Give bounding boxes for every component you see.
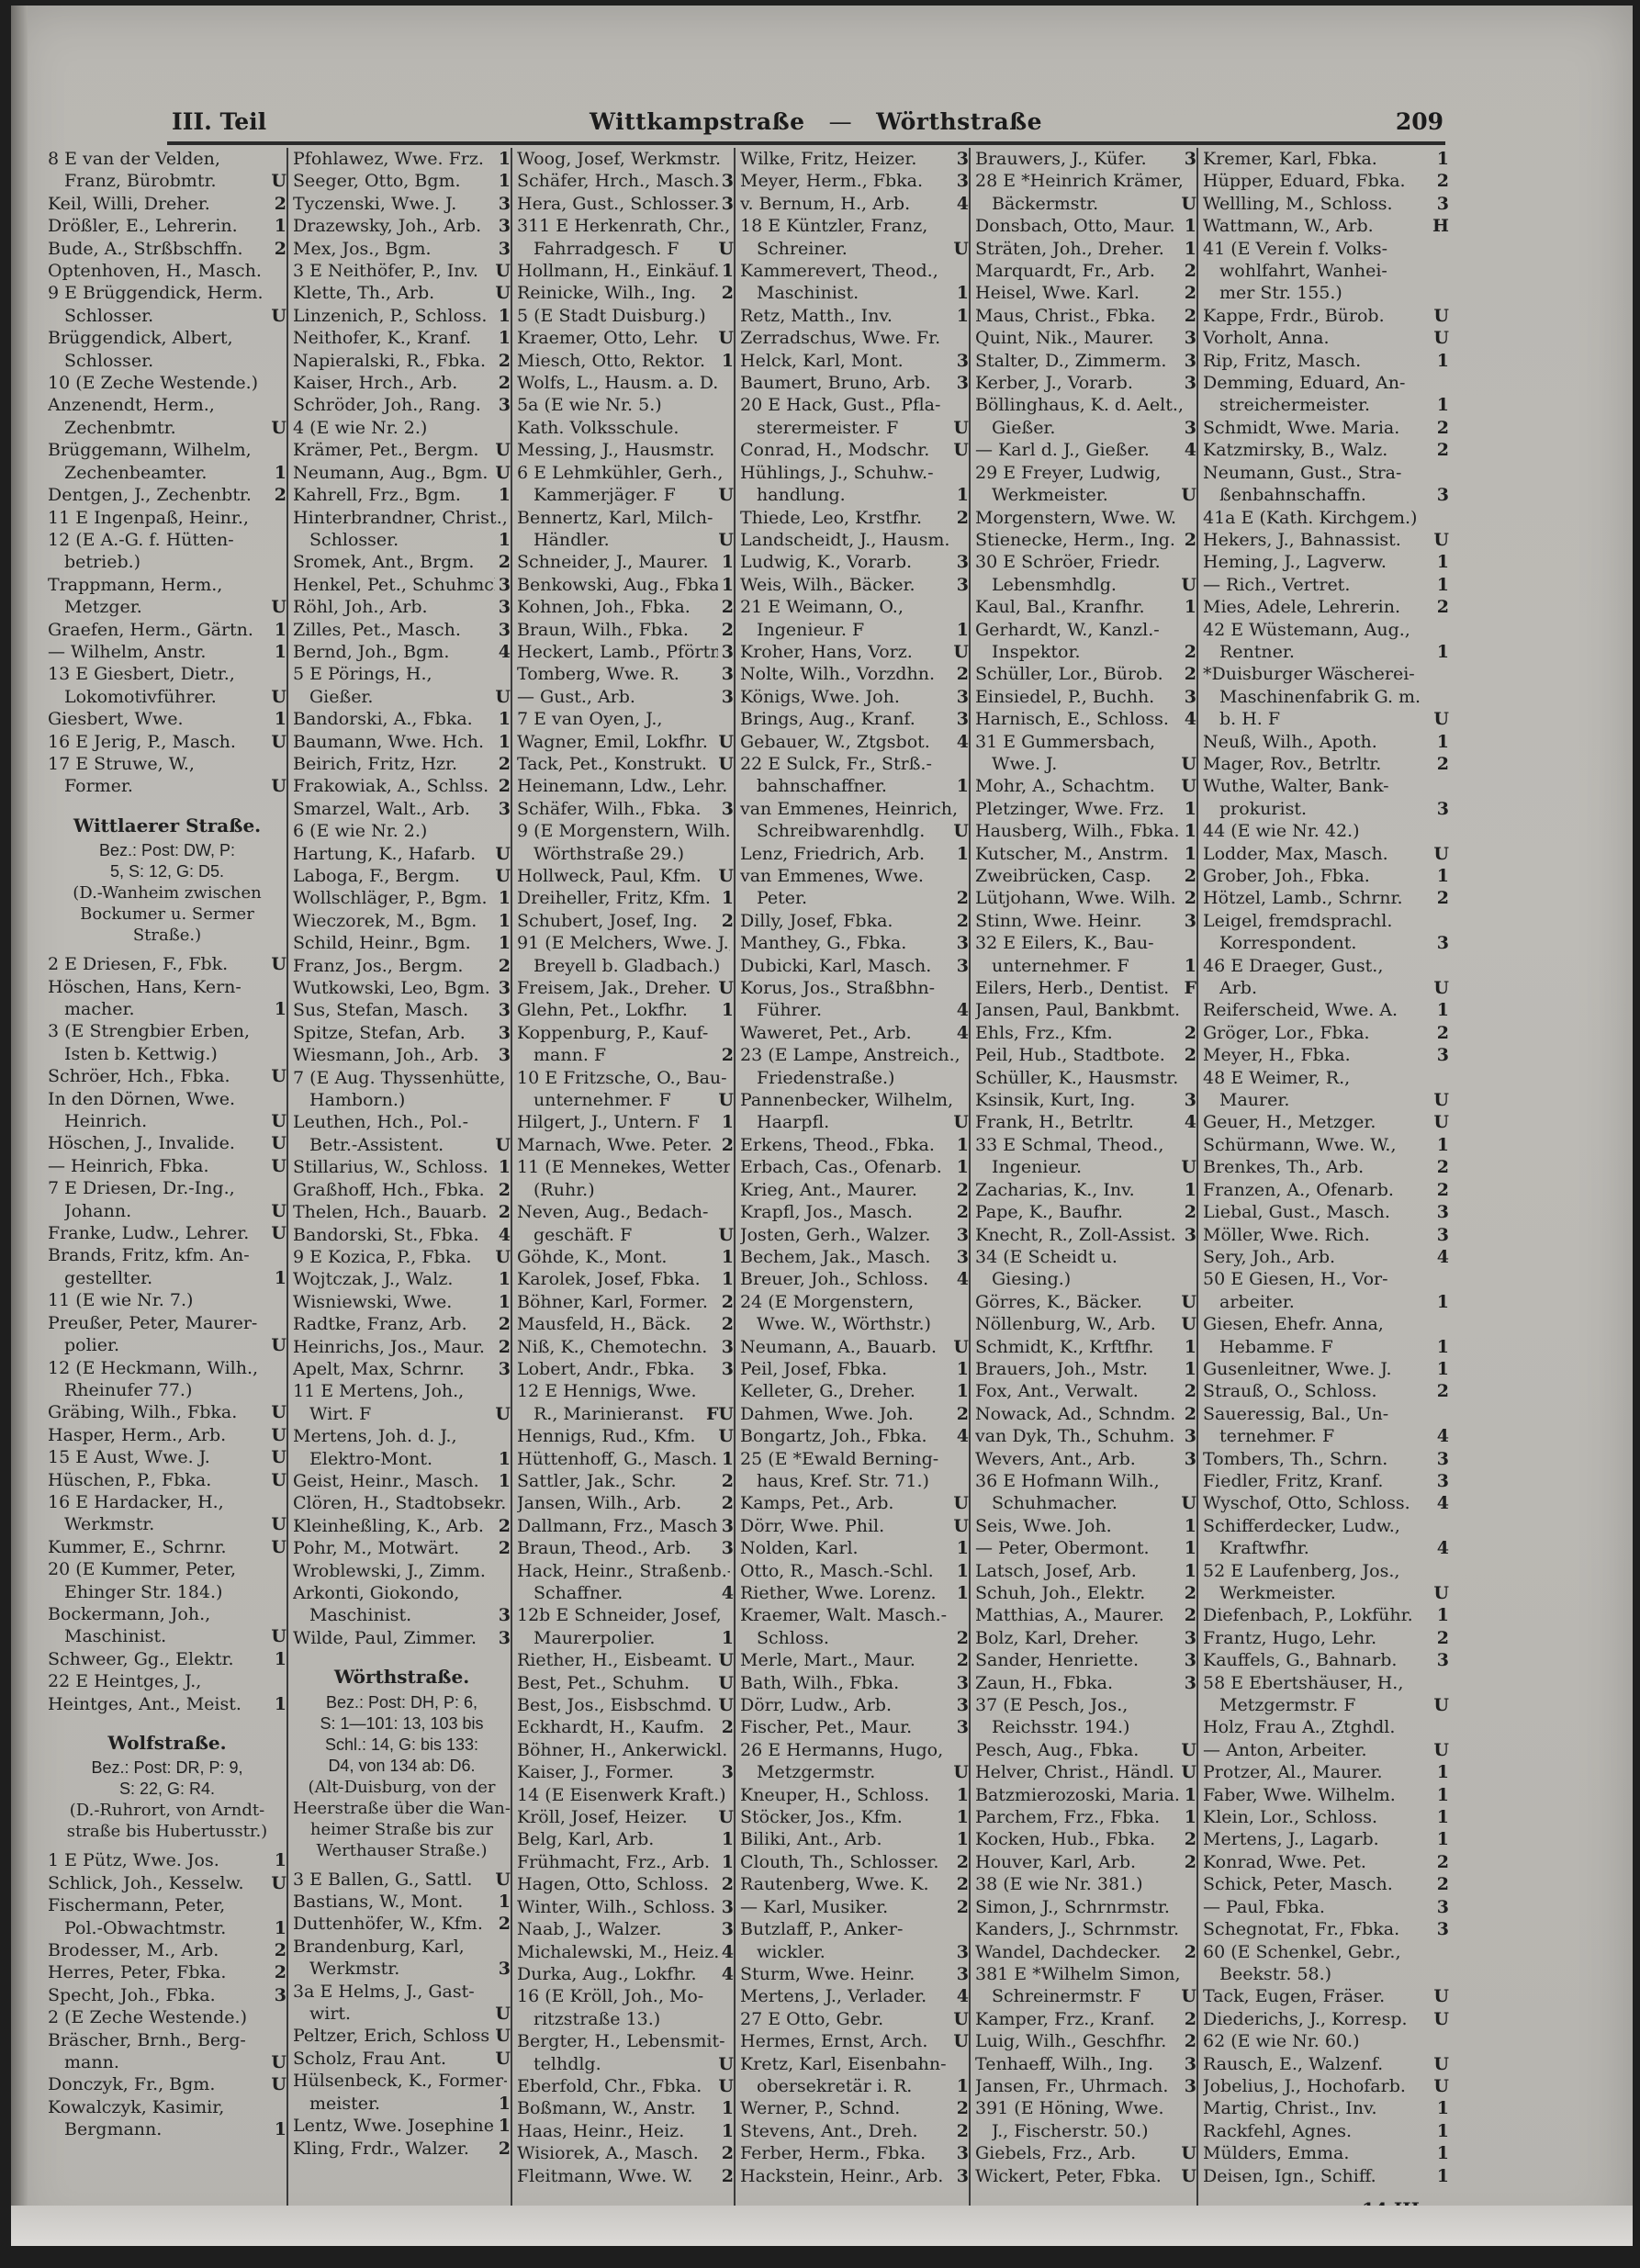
resident-entry: Mertens, J., Lagarb.1 — [1203, 1828, 1449, 1850]
entry-text: Wandel, Dachdecker. — [975, 1941, 1161, 1963]
entry-text: Ingenieur. — [992, 1156, 1082, 1178]
entry-text: gestellter. — [64, 1267, 152, 1289]
entry-continuation: unternehmer. F1 — [975, 955, 1196, 977]
entry-text: unternehmer. F — [992, 955, 1129, 977]
entry-text: Schäfer, Hrch., Masch. — [517, 170, 718, 192]
resident-entry: Gebauer, W., Ztgsbot.4 — [740, 731, 969, 753]
floor-code: 3 — [953, 2142, 969, 2164]
entry-text: Brandenburg, Karl, — [293, 1936, 465, 1958]
resident-entry: Braun, Wilh., Fbka.2 — [517, 619, 734, 641]
resident-entry: Heinemann, Ldw., Lehr. — [517, 775, 734, 797]
resident-entry: Hühlings, J., Schuhw.- — [740, 462, 969, 484]
entry-text: Kaiser, Hrch., Arb. — [293, 372, 457, 394]
floor-code: 3 — [1433, 1224, 1449, 1246]
entry-text: Beekstr. 58.) — [1219, 1963, 1331, 1985]
floor-code: 3 — [1433, 932, 1449, 954]
floor-code: 3 — [1181, 910, 1196, 932]
entry-continuation: wirt.U — [293, 2003, 511, 2025]
floor-code: U — [1177, 484, 1196, 506]
entry-text: 38 (E wie Nr. 381.) — [975, 1873, 1143, 1895]
entry-text: Parchem, Frz., Fbka. — [975, 1806, 1160, 1828]
floor-code: U — [1430, 977, 1449, 999]
entry-text: Knecht, R., Zoll-Assist. — [975, 1224, 1176, 1246]
entry-text: Biliki, Ant., Arb. — [740, 1828, 882, 1850]
entry-text: Freisem, Jak., Dreher. — [517, 977, 711, 999]
floor-code: 3 — [718, 641, 734, 663]
entry-text: Schlosser. — [64, 305, 153, 327]
resident-entry: Thelen, Hch., Bauarb.2 — [293, 1201, 511, 1223]
entry-text: 6 (E wie Nr. 2.) — [293, 820, 427, 842]
floor-code: U — [1177, 1492, 1196, 1514]
entry-continuation: bahnschaffner.1 — [740, 775, 969, 797]
entry-text: Inspektor. — [992, 641, 1081, 663]
entry-text: Lebensmhdlg. — [992, 574, 1117, 596]
entry-text: Korus, Jos., Straßbhn- — [740, 977, 935, 999]
resident-entry: Stalter, D., Zimmerm.3 — [975, 350, 1196, 372]
floor-code: 1 — [271, 1267, 286, 1289]
floor-code — [1445, 2030, 1449, 2052]
entry-text: Metzgermstr. F — [1219, 1694, 1356, 1716]
street-district-info: D4, von 134 ab: D6. — [293, 1756, 511, 1777]
resident-entry: Bath, Wilh., Fbka.3 — [740, 1672, 969, 1694]
floor-code: U — [1430, 1111, 1449, 1133]
street-location-note: Heerstraße über die Wan- — [293, 1798, 511, 1819]
entry-text: 24 (E Morgenstern, — [740, 1291, 914, 1313]
floor-code: 1 — [271, 2118, 286, 2140]
floor-code: 2 — [1181, 1044, 1196, 1066]
entry-continuation: haus, Kref. Str. 71.) — [740, 1470, 969, 1492]
resident-entry: 9 (E Morgenstern, Wilh., — [517, 820, 734, 842]
entry-text: Höschen, Hans, Kern- — [48, 976, 242, 998]
entry-text: 17 E Struwe, W., — [48, 753, 195, 775]
floor-code: 1 — [953, 1537, 969, 1559]
resident-entry: Manthey, G., Fbka.3 — [740, 932, 969, 954]
resident-entry: Batzmierozoski, Maria.1 — [975, 1784, 1196, 1806]
entry-text: Mülders, Emma. — [1203, 2142, 1349, 2164]
entry-text: Winter, Wilh., Schloss. — [517, 1896, 715, 1918]
floor-code: U — [1430, 2008, 1449, 2030]
entry-continuation: Johann.U — [48, 1200, 286, 1222]
floor-code: 4 — [495, 641, 511, 663]
entry-text: Saueressig, Bal., Un- — [1203, 1403, 1388, 1425]
floor-code: 3 — [1181, 1672, 1196, 1694]
entry-continuation: gestellter.1 — [48, 1267, 286, 1289]
entry-text: Simon, J., Schrnrmstr. — [975, 1896, 1170, 1918]
resident-entry: Dreiheller, Fritz, Kfm.1 — [517, 887, 734, 909]
resident-entry: Schröder, Joh., Rang.3 — [293, 394, 511, 416]
entry-text: Höschen, J., Invalide. — [48, 1132, 235, 1154]
resident-entry: 24 (E Morgenstern, — [740, 1291, 969, 1313]
resident-entry: 27 E Otto, Gebr.U — [740, 2008, 969, 2030]
entry-text: Kaiser, J., Former. — [517, 1761, 674, 1783]
resident-entry: 3 E Ballen, G., Sattl.U — [293, 1869, 511, 1891]
resident-entry: Ludwig, K., Vorarb.3 — [740, 551, 969, 573]
entry-text: Dörr, Wwe. Phil. — [740, 1515, 884, 1537]
floor-code: 1 — [495, 2093, 511, 2115]
floor-code: 3 — [718, 1515, 734, 1537]
resident-entry: Anzenendt, Herm., — [48, 394, 286, 416]
entry-text: Karolek, Josef, Fbka. — [517, 1268, 701, 1290]
entry-text: sterermeister. F — [757, 417, 898, 439]
floor-code: 3 — [271, 1984, 286, 2006]
resident-entry: Kroher, Hans, Vorz.U — [740, 641, 969, 663]
floor-code: U — [491, 2048, 511, 2070]
entry-continuation: sterermeister. FU — [740, 417, 969, 439]
entry-text: Nowack, Ad., Schndm. — [975, 1403, 1175, 1425]
floor-code: 2 — [1181, 260, 1196, 282]
resident-entry: Benkowski, Aug., Fbka.1 — [517, 574, 734, 596]
entry-text: Lenz, Friedrich, Arb. — [740, 843, 925, 865]
entry-text: Thiede, Leo, Krstfhr. — [740, 507, 922, 529]
resident-entry: Kohnen, Joh., Fbka.2 — [517, 596, 734, 618]
resident-entry: Neumann, Gust., Stra- — [1203, 462, 1449, 484]
entry-continuation: macher.1 — [48, 998, 286, 1020]
resident-entry: Apelt, Max, Schrnr.3 — [293, 1358, 511, 1380]
resident-entry: Kraemer, Otto, Lehr.U — [517, 327, 734, 349]
floor-code: 1 — [1433, 1828, 1449, 1850]
floor-code: 2 — [271, 484, 286, 506]
resident-entry: 5 (E Stadt Duisburg.) — [517, 305, 734, 327]
floor-code: 1 — [271, 619, 286, 641]
floor-code: 2 — [1181, 305, 1196, 327]
entry-text: Tack, Eugen, Fräser. — [1203, 1985, 1385, 2007]
resident-entry: Brauers, Joh., Mstr.1 — [975, 1358, 1196, 1380]
entry-text: Clouth, Th., Schlosser. — [740, 1851, 938, 1873]
floor-code: 2 — [1433, 439, 1449, 461]
entry-text: Pfohlawez, Wwe. Frz. — [293, 148, 484, 170]
entry-text: 42 E Wüstemann, Aug., — [1203, 619, 1410, 641]
floor-code: 2 — [1181, 282, 1196, 304]
entry-text: Bath, Wilh., Fbka. — [740, 1672, 899, 1694]
entry-text: Hagen, Otto, Schloss. — [517, 1873, 709, 1895]
entry-text: mann. F — [534, 1044, 606, 1066]
resident-entry: Peltzer, Erich, Schloss.U — [293, 2025, 511, 2047]
resident-entry: Best, Pet., Schuhm.U — [517, 1672, 734, 1694]
resident-entry: Erbach, Cas., Ofenarb.1 — [740, 1156, 969, 1178]
entry-text: Landscheidt, J., Hausm. — [740, 529, 949, 551]
floor-code: 1 — [718, 887, 734, 909]
entry-text: Franke, Ludw., Lehrer. — [48, 1222, 249, 1244]
floor-code: 4 — [495, 1224, 511, 1246]
resident-entry: Miesch, Otto, Rektor.1 — [517, 350, 734, 372]
entry-text: Batzmierozoski, Maria. — [975, 1784, 1180, 1806]
resident-entry: 3a E Helms, J., Gast- — [293, 1981, 511, 2003]
resident-entry: Durka, Aug., Lokfhr.4 — [517, 1963, 734, 1985]
floor-code: 1 — [718, 1111, 734, 1133]
floor-code: U — [714, 977, 734, 999]
resident-entry: Schneider, J., Maurer.1 — [517, 551, 734, 573]
entry-text: Böhner, H., Ankerwickl. — [517, 1739, 727, 1761]
entry-text: Schüller, K., Hausmstr. — [975, 1067, 1178, 1089]
entry-text: Schuh, Joh., Elektr. — [975, 1582, 1145, 1604]
resident-entry: 9 E Brüggendick, Herm. — [48, 282, 286, 304]
floor-code: 3 — [1181, 1089, 1196, 1111]
entry-text: Peil, Hub., Stadtbote. — [975, 1044, 1165, 1066]
resident-entry: Fiedler, Fritz, Kranf.3 — [1203, 1470, 1449, 1492]
entry-text: Beirich, Fritz, Hzr. — [293, 753, 457, 775]
entry-text: Lütjohann, Wwe. Wilh. — [975, 887, 1176, 909]
resident-entry: Mies, Adele, Lehrerin.2 — [1203, 596, 1449, 618]
floor-code: 3 — [1433, 1896, 1449, 1918]
page-bottom-margin — [11, 2206, 1633, 2246]
floor-code: 3 — [953, 148, 969, 170]
entry-text: Mertens, Joh. d. J., — [293, 1425, 457, 1447]
resident-entry: Stienecke, Herm., Ing.2 — [975, 529, 1196, 551]
resident-entry: Quint, Nik., Maurer.3 — [975, 327, 1196, 349]
resident-entry: Frank, H., Betrltr.4 — [975, 1111, 1196, 1133]
floor-code — [1445, 1067, 1449, 1089]
entry-text: Herres, Peter, Fbka. — [48, 1961, 226, 1983]
resident-entry: Sträten, Joh., Dreher.1 — [975, 238, 1196, 260]
entry-text: Stöcker, Jos., Kfm. — [740, 1806, 903, 1828]
entry-continuation: Giesing.) — [975, 1268, 1196, 1290]
column-4: Wilke, Fritz, Heizer.3Meyer, Herm., Fbka… — [734, 148, 969, 2214]
entry-text: Graefen, Herm., Gärtn. — [48, 619, 253, 641]
floor-code: 1 — [953, 1784, 969, 1806]
entry-text: Lobert, Andr., Fbka. — [517, 1358, 695, 1380]
resident-entry: Franz, Jos., Bergm.2 — [293, 955, 511, 977]
floor-code: U — [1177, 1313, 1196, 1335]
entry-text: Heinemann, Ldw., Lehr. — [517, 775, 727, 797]
entry-text: Scholz, Frau Ant. — [293, 2048, 446, 2070]
entry-text: Fischermann, Peter, — [48, 1894, 225, 1916]
resident-entry: Schröer, Hch., Fbka.U — [48, 1065, 286, 1087]
entry-text: Clören, H., Stadtobsekr. — [293, 1492, 506, 1514]
resident-entry: Giesbert, Wwe.1 — [48, 708, 286, 730]
floor-code: U — [1430, 1985, 1449, 2007]
resident-entry: 15 E Aust, Wwe. J.U — [48, 1446, 286, 1468]
floor-code: 1 — [718, 574, 734, 596]
resident-entry: 7 E Driesen, Dr.-Ing., — [48, 1177, 286, 1199]
floor-code: 3 — [1433, 798, 1449, 820]
resident-entry: Woog, Josef, Werkmstr. — [517, 148, 734, 170]
resident-entry: 12b E Schneider, Josef, — [517, 1604, 734, 1626]
entry-text: Vorholt, Anna. — [1203, 327, 1330, 349]
floor-code: 2 — [953, 1403, 969, 1425]
floor-code: 2 — [953, 910, 969, 932]
entry-text: Retz, Matth., Inv. — [740, 305, 893, 327]
entry-text: 3 E Ballen, G., Sattl. — [293, 1869, 472, 1891]
resident-entry: 37 (E Pesch, Jos., — [975, 1694, 1196, 1716]
entry-continuation: Ehinger Str. 184.) — [48, 1581, 286, 1603]
entry-text: Stienecke, Herm., Ing. — [975, 529, 1175, 551]
entry-text: Diederichs, J., Korresp. — [1203, 2008, 1408, 2030]
street-heading: Wittlaerer Straße. — [48, 814, 286, 836]
entry-text: Merle, Mart., Maur. — [740, 1649, 915, 1671]
entry-continuation: Fahrradgesch. FU — [517, 238, 734, 260]
entry-text: Kath. Volksschule. — [517, 417, 679, 439]
entry-continuation: Werkmeister.U — [1203, 1582, 1449, 1604]
entry-text: Apelt, Max, Schrnr. — [293, 1358, 465, 1380]
resident-entry: Stinn, Wwe. Heinr.3 — [975, 910, 1196, 932]
floor-code: 1 — [1181, 596, 1196, 618]
resident-entry: Belg, Karl, Arb.1 — [517, 1828, 734, 1850]
entry-text: Kutscher, M., Anstrm. — [975, 843, 1169, 865]
entry-text: 4 (E wie Nr. 2.) — [293, 417, 427, 439]
entry-text: — Peter, Obermont. — [975, 1537, 1150, 1559]
resident-entry: 11 E Mertens, Joh., — [293, 1380, 511, 1402]
entry-text: Best, Pet., Schuhm. — [517, 1672, 690, 1694]
resident-entry: Leuthen, Hch., Pol.- — [293, 1111, 511, 1133]
resident-entry: Mausfeld, H., Bäck.2 — [517, 1313, 734, 1335]
resident-entry: Bandorski, A., Fbka.1 — [293, 708, 511, 730]
entry-text: Hollmann, H., Einkäuf. — [517, 260, 718, 282]
resident-entry: Schubert, Josef, Ing.2 — [517, 910, 734, 932]
street-location-note: Bockumer u. Sermer — [48, 904, 286, 925]
resident-entry: Mex, Jos., Bgm.3 — [293, 238, 511, 260]
floor-code: 1 — [953, 1828, 969, 1850]
resident-entry: Kaul, Bal., Kranfhr.1 — [975, 596, 1196, 618]
entry-text: Weis, Wilh., Bäcker. — [740, 574, 915, 596]
resident-entry: Donsbach, Otto, Maur.1 — [975, 215, 1196, 237]
floor-code: 1 — [718, 2097, 734, 2119]
entry-text: Zilles, Pet., Masch. — [293, 619, 461, 641]
resident-entry: 2 (E Zeche Westende.) — [48, 2006, 286, 2028]
floor-code: 3 — [718, 1336, 734, 1358]
entry-continuation: Rheinufer 77.) — [48, 1379, 286, 1401]
street-district-info: Bez.: Post: DR, P: 9, — [48, 1757, 286, 1779]
entry-text: Brenkes, Th., Arb. — [1203, 1156, 1364, 1178]
entry-text: 12 (E Heckmann, Wilh., — [48, 1357, 258, 1379]
entry-text: Wwe. J. — [992, 753, 1057, 775]
floor-code: 1 — [953, 1380, 969, 1402]
entry-text: Kneuper, H., Schloss. — [740, 1784, 929, 1806]
resident-entry: Breuer, Joh., Schloss.4 — [740, 1268, 969, 1290]
entry-text: Frantz, Hugo, Lehr. — [1203, 1627, 1376, 1649]
entry-text: Kappe, Frdr., Bürob. — [1203, 305, 1385, 327]
resident-entry: 10 E Fritzsche, O., Bau- — [517, 1067, 734, 1089]
resident-entry: van Dyk, Th., Schuhm.3 — [975, 1425, 1196, 1447]
resident-entry: Hera, Gust., Schlosser.3 — [517, 193, 734, 215]
entry-text: Hüpper, Eduard, Fbka. — [1203, 170, 1406, 192]
entry-text: unternehmer. F — [534, 1089, 671, 1111]
floor-code: 3 — [718, 686, 734, 708]
floor-code: 2 — [495, 2138, 511, 2160]
resident-entry: Bennertz, Karl, Milch- — [517, 507, 734, 529]
resident-entry: v. Bernum, H., Arb.4 — [740, 193, 969, 215]
entry-text: Radtke, Franz, Arb. — [293, 1313, 467, 1335]
floor-code: 3 — [953, 372, 969, 394]
floor-code: 2 — [953, 1896, 969, 1918]
entry-text: 2 E Driesen, F., Fbk. — [48, 953, 228, 975]
entry-continuation: Gießer.U — [293, 686, 511, 708]
entry-text: Kauffels, G., Bahnarb. — [1203, 1649, 1397, 1671]
floor-code — [1445, 663, 1449, 685]
resident-entry: Drazewsky, Joh., Arb.3 — [293, 215, 511, 237]
resident-entry: Dallmann, Frz., Masch.3 — [517, 1515, 734, 1537]
entry-continuation: Hebamme. F1 — [1203, 1336, 1449, 1358]
floor-code: 1 — [495, 529, 511, 551]
entry-text: 29 E Freyer, Ludwig, — [975, 462, 1161, 484]
resident-entry: Schlick, Joh., Kesselw.U — [48, 1872, 286, 1894]
entry-text: Brings, Aug., Kranf. — [740, 708, 915, 730]
resident-entry: Wickert, Peter, Fbka.U — [975, 2165, 1196, 2187]
floor-code: 2 — [495, 372, 511, 394]
resident-entry: Lentz, Wwe. Josephine.1 — [293, 2115, 511, 2137]
entry-text: Giesbert, Wwe. — [48, 708, 184, 730]
resident-entry: 22 E Heintges, J., — [48, 1670, 286, 1692]
resident-entry: Baumert, Bruno, Arb.3 — [740, 372, 969, 394]
resident-entry: 20 E Hack, Gust., Pfla- — [740, 394, 969, 416]
resident-entry: Otto, R., Masch.-Schl.1 — [740, 1560, 969, 1582]
entry-text: Reiferscheid, Wwe. A. — [1203, 999, 1398, 1021]
entry-text: 91 (E Melchers, Wwe. J., — [517, 932, 730, 954]
entry-text: Dentgen, J., Zechenbtr. — [48, 484, 252, 506]
floor-code: 1 — [1433, 1806, 1449, 1828]
floor-code: 1 — [271, 1917, 286, 1939]
entry-text: Helck, Karl, Mont. — [740, 350, 904, 372]
floor-code: 2 — [718, 1291, 734, 1313]
entry-continuation: Arb.U — [1203, 977, 1449, 999]
floor-code: U — [949, 2030, 969, 2052]
floor-code: 2 — [495, 551, 511, 573]
entry-text: Pesch, Aug., Fbka. — [975, 1739, 1139, 1761]
floor-code: U — [714, 1224, 734, 1246]
resident-entry: Martig, Christ., Inv.1 — [1203, 2097, 1449, 2119]
resident-entry: 5 E Pörings, H., — [293, 663, 511, 685]
floor-code: 2 — [718, 2165, 734, 2187]
floor-code — [1445, 955, 1449, 977]
resident-entry: Drößler, E., Lehrerin.1 — [48, 215, 286, 237]
resident-entry: Meyer, Herm., Fbka.3 — [740, 170, 969, 192]
entry-text: Erkens, Theod., Fbka. — [740, 1134, 935, 1156]
floor-code: 4 — [1433, 1492, 1449, 1514]
floor-code: U — [267, 1110, 286, 1132]
floor-code: 1 — [271, 998, 286, 1020]
floor-code: U — [714, 2053, 734, 2075]
entry-text: Klein, Lor., Schloss. — [1203, 1806, 1377, 1828]
entry-text: 5a (E wie Nr. 5.) — [517, 394, 662, 416]
floor-code: 2 — [1181, 1380, 1196, 1402]
resident-entry: Winter, Wilh., Schloss.3 — [517, 1896, 734, 1918]
entry-text: Wellling, M., Schloss. — [1203, 193, 1393, 215]
entry-text: Pape, K., Baufhr. — [975, 1201, 1123, 1223]
entry-text: Hinterbrandner, Christ., — [293, 507, 507, 529]
floor-code: 1 — [1433, 2165, 1449, 2187]
floor-code: 1 — [495, 305, 511, 327]
entry-continuation: Führer.4 — [740, 999, 969, 1021]
entry-text: Heinrichs, Jos., Maur. — [293, 1336, 485, 1358]
resident-entry: Haas, Heinr., Heiz.1 — [517, 2120, 734, 2142]
entry-text: Dilly, Josef, Fbka. — [740, 910, 893, 932]
resident-entry: Riether, Wwe. Lorenz.1 — [740, 1582, 969, 1604]
entry-text: Wolfs, L., Hausm. a. D. — [517, 372, 718, 394]
resident-entry: Arkonti, Giokondo, — [293, 1582, 511, 1604]
entry-text: Arb. — [1219, 977, 1257, 999]
resident-entry: Kanders, J., Schrnmstr. — [975, 1918, 1196, 1940]
entry-text: *Duisburger Wäscherei- — [1203, 663, 1415, 685]
floor-code: U — [491, 865, 511, 887]
entry-text: Bastians, W., Mont. — [293, 1891, 463, 1913]
entry-text: Quint, Nik., Maurer. — [975, 327, 1154, 349]
floor-code: U — [714, 484, 734, 506]
running-title-to: Wörthstraße — [876, 108, 1042, 135]
entry-text: Belg, Karl, Arb. — [517, 1828, 654, 1850]
resident-entry: Schüller, Lor., Bürob.2 — [975, 663, 1196, 685]
entry-text: 16 E Hardacker, H., — [48, 1491, 224, 1513]
floor-code: U — [1430, 1694, 1449, 1716]
resident-entry: Lütjohann, Wwe. Wilh.2 — [975, 887, 1196, 909]
entry-text: Glehn, Pet., Lokfhr. — [517, 999, 688, 1021]
floor-code: 2 — [495, 1313, 511, 1335]
entry-text: Wilke, Fritz, Heizer. — [740, 148, 916, 170]
entry-text: Gießer. — [309, 686, 373, 708]
page-header: III. Teil Wittkampstraße—Wörthstraße 209 — [172, 105, 1443, 141]
entry-text: 22 E Heintges, J., — [48, 1670, 201, 1692]
entry-text: Michalewski, M., Heiz. — [517, 1941, 718, 1963]
entry-text: 381 E *Wilhelm Simon, — [975, 1963, 1181, 1985]
entry-text: Einsiedel, P., Buchh. — [975, 686, 1154, 708]
